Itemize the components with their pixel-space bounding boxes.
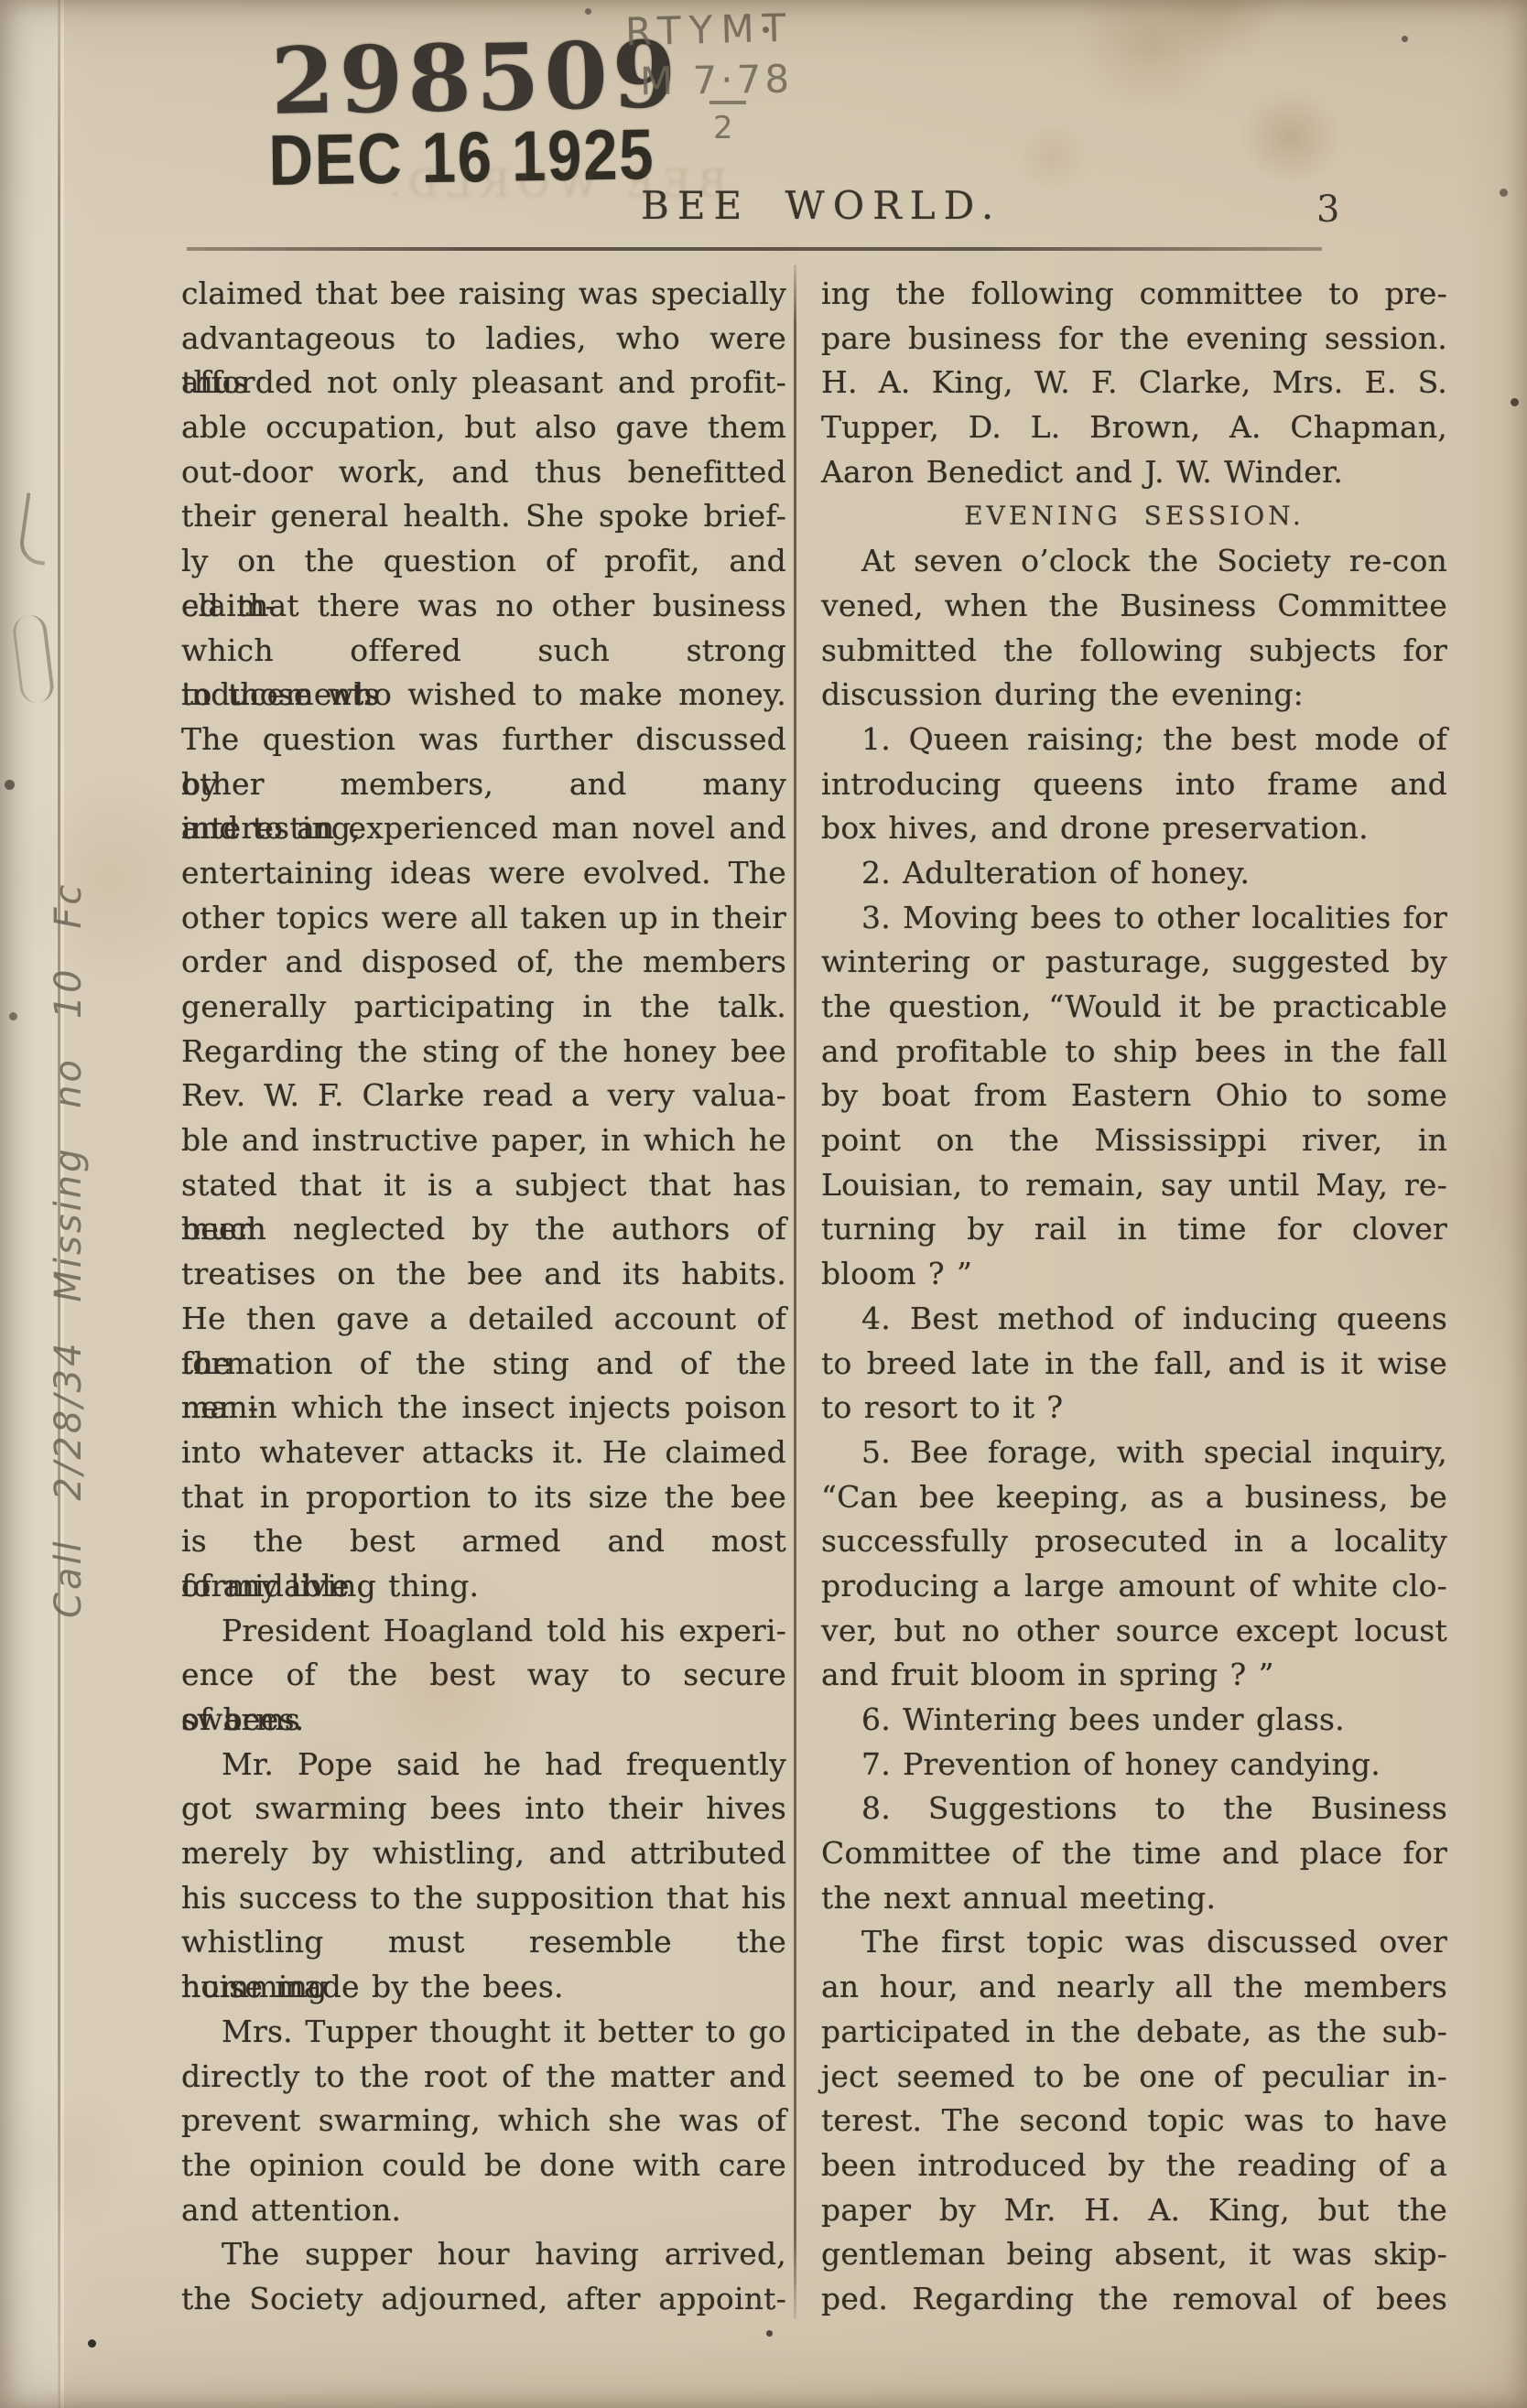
text-line: prevent swarming, which she was of [181, 2099, 786, 2143]
text-line: Tupper, D. L. Brown, A. Chapman, [821, 405, 1447, 450]
page-title: BEE WORLD. [641, 183, 1002, 228]
text-line: Louisian, to remain, say until May, re- [821, 1163, 1447, 1208]
handwritten-shelfmark-line2: M 7·78 [625, 56, 795, 103]
text-line: Mrs. Tupper thought it better to go [181, 2010, 786, 2055]
text-line: “Can bee keeping, as a business, be [821, 1475, 1447, 1520]
handwritten-shelfmark-line3: 2 [713, 110, 733, 146]
text-line: ner in which the insect injects poison [181, 1386, 786, 1431]
text-line: ed that there was no other business [181, 584, 786, 629]
text-line: into whatever attacks it. He claimed [181, 1431, 786, 1475]
text-line: to breed late in the fall, and is it wis… [821, 1342, 1447, 1387]
text-line: stated that it is a subject that has bee… [181, 1163, 786, 1208]
text-line: vened, when the Business Committee [821, 584, 1447, 629]
text-line: 7. Prevention of honey candying. [821, 1743, 1447, 1787]
text-line: generally participating in the talk. [181, 985, 786, 1030]
column-left: claimed that bee raising was speciallyad… [181, 272, 786, 2322]
text-line: pare business for the evening session. [821, 317, 1447, 362]
text-line: is the best armed and most formidable [181, 1519, 786, 1564]
text-line: The supper hour having arrived, [181, 2232, 786, 2277]
text-line: to those who wished to make money. [181, 673, 786, 718]
text-line: discussion during the evening: [821, 673, 1447, 718]
text-line: bloom ? ” [821, 1252, 1447, 1297]
text-line: to resort to it ? [821, 1386, 1447, 1431]
text-line: entertaining ideas were evolved. The [181, 851, 786, 896]
text-line: Aaron Benedict and J. W. Winder. [821, 450, 1447, 495]
text-line: advantageous to ladies, who were thus [181, 317, 786, 362]
text-line: gentleman being absent, it was skip- [821, 2232, 1447, 2277]
text-line: Committee of the time and place for [821, 1831, 1447, 1876]
text-line: ing the following committee to pre- [821, 272, 1447, 317]
text-line: Mr. Pope said he had frequently [181, 1743, 786, 1787]
text-line: able occupation, but also gave them [181, 405, 786, 450]
text-line: Rev. W. F. Clarke read a very valua- [181, 1074, 786, 1118]
text-line: box hives, and drone preservation. [821, 806, 1447, 851]
column-divider [794, 265, 796, 2319]
text-line: participated in the debate, as the sub- [821, 2010, 1447, 2055]
text-line: producing a large amount of white clo- [821, 1564, 1447, 1609]
text-line: paper by Mr. H. A. King, but the [821, 2188, 1447, 2233]
text-line: much neglected by the authors of [181, 1207, 786, 1252]
text-line: ver, but no other source except locust [821, 1609, 1447, 1654]
column-right: ing the following committee to pre-pare … [821, 272, 1447, 2322]
text-line: point on the Mississippi river, in [821, 1118, 1447, 1163]
text-line: an hour, and nearly all the members [821, 1965, 1447, 2010]
text-line: turning by rail in time for clover [821, 1207, 1447, 1252]
text-line: wintering or pasturage, suggested by [821, 940, 1447, 985]
page-number: 3 [1316, 189, 1339, 231]
text-line: the next annual meeting. [821, 1876, 1447, 1921]
text-line: and fruit bloom in spring ? ” [821, 1653, 1447, 1698]
text-line: whistling must resemble the humming [181, 1920, 786, 1965]
text-line: of any living thing. [181, 1564, 786, 1609]
text-line: successfully prosecuted in a locality [821, 1519, 1447, 1564]
text-line: and to an experienced man novel and [181, 806, 786, 851]
text-line: other members, and many interesting, [181, 762, 786, 807]
text-line: the question, “Would it be practicable [821, 985, 1447, 1030]
text-line: 1. Queen raising; the best mode of [821, 718, 1447, 762]
text-line: Regarding the sting of the honey bee [181, 1030, 786, 1074]
text-line: submitted the following subjects for [821, 629, 1447, 674]
handwritten-underline [709, 101, 746, 104]
text-line: At seven o’clock the Society re-con [821, 539, 1447, 584]
text-line: claimed that bee raising was specially [181, 272, 786, 317]
text-line: the opinion could be done with care [181, 2143, 786, 2188]
text-line: out-door work, and thus benefitted [181, 450, 786, 495]
text-line: that in proportion to its size the bee [181, 1475, 786, 1520]
text-line: the Society adjourned, after appoint- [181, 2277, 786, 2322]
handwritten-shelfmark: RTYMT M 7·78 2 [625, 7, 794, 103]
text-line: H. A. King, W. F. Clarke, Mrs. E. S. [821, 361, 1447, 405]
text-line: President Hoagland told his experi- [181, 1609, 786, 1654]
text-line: ly on the question of profit, and claim- [181, 539, 786, 584]
text-line: 2. Adulteration of honey. [821, 851, 1447, 896]
text-line: directly to the root of the matter and [181, 2055, 786, 2100]
ink-specks [0, 0, 5, 5]
handwritten-shelfmark-line1: RTYMT [624, 5, 795, 55]
text-line: of bees. [181, 1698, 786, 1743]
text-line: 3. Moving bees to other localities for [821, 896, 1447, 941]
text-line: 8. Suggestions to the Business [821, 1787, 1447, 1831]
text-line: been introduced by the reading of a [821, 2143, 1447, 2188]
section-heading: EVENING SESSION. [821, 494, 1447, 539]
text-line: and profitable to ship bees in the fall [821, 1030, 1447, 1074]
text-line: by boat from Eastern Ohio to some [821, 1074, 1447, 1118]
text-line: ped. Regarding the removal of bees [821, 2277, 1447, 2322]
text-line: merely by whistling, and attributed [181, 1831, 786, 1876]
text-line: treatises on the bee and its habits. [181, 1252, 786, 1297]
text-line: ject seemed to be one of peculiar in- [821, 2055, 1447, 2100]
text-line: his success to the supposition that his [181, 1876, 786, 1921]
text-line: other topics were all taken up in their [181, 896, 786, 941]
text-line: got swarming bees into their hives [181, 1787, 786, 1831]
text-line: The question was further discussed by [181, 718, 786, 762]
text-line: formation of the sting and of the man- [181, 1342, 786, 1387]
header-rule [187, 247, 1322, 251]
text-line: afforded not only pleasant and profit- [181, 361, 786, 405]
text-line: which offered such strong inducements [181, 629, 786, 674]
text-line: ence of the best way to secure swarms [181, 1653, 786, 1698]
text-line: 5. Bee forage, with special inquiry, [821, 1431, 1447, 1475]
text-line: terest. The second topic was to have [821, 2099, 1447, 2143]
scanned-page: 298509 DEC 16 1925 RTYMT M 7·78 2 BEE WO… [0, 0, 1527, 2408]
text-line: The first topic was discussed over [821, 1920, 1447, 1965]
text-line: order and disposed of, the members [181, 940, 786, 985]
text-line: and attention. [181, 2188, 786, 2233]
text-line: introducing queens into frame and [821, 762, 1447, 807]
text-line: their general health. She spoke brief- [181, 494, 786, 539]
margin-note-handwriting: Call 2/28/34 Missing no 10 Fc [48, 584, 114, 1618]
text-line: 6. Wintering bees under glass. [821, 1698, 1447, 1743]
text-line: 4. Best method of inducing queens [821, 1297, 1447, 1342]
text-line: noise made by the bees. [181, 1965, 786, 2010]
text-line: He then gave a detailed account of the [181, 1297, 786, 1342]
text-line: ble and instructive paper, in which he [181, 1118, 786, 1163]
